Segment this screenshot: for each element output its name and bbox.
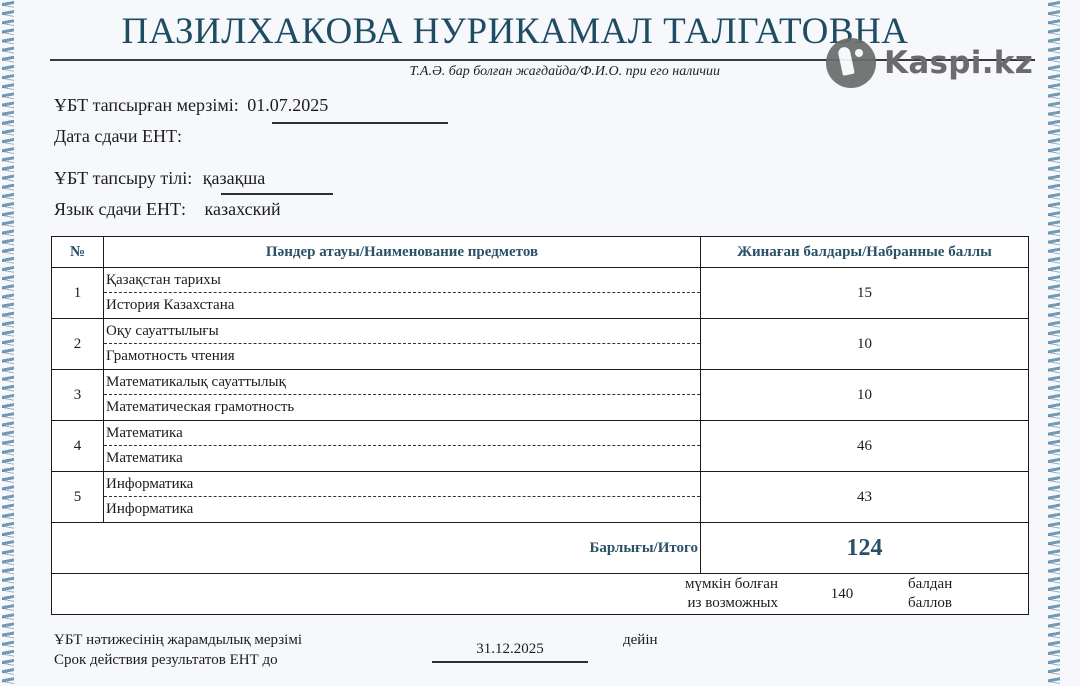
- max-score-value: 140: [778, 586, 906, 603]
- subject-name-kz: Математика: [104, 421, 700, 446]
- decorative-border-left: [2, 0, 14, 686]
- subject-name: Оқу сауаттылығы Грамотность чтения: [104, 319, 701, 370]
- row-number: 1: [52, 268, 104, 319]
- subject-name-kz: Информатика: [104, 472, 700, 497]
- decorative-border-right: [1048, 0, 1060, 686]
- subject-name: Математика Математика: [104, 421, 701, 472]
- row-number: 5: [52, 472, 104, 523]
- validity-date-underline: [432, 661, 588, 663]
- exam-date-label-kz: ҰБТ тапсырған мерзімі:: [54, 95, 239, 115]
- subject-name-ru: Информатика: [104, 497, 700, 522]
- subject-name: Математикалық сауаттылық Математическая …: [104, 370, 701, 421]
- kaspi-logo-icon: [826, 38, 876, 88]
- table-row: 2 Оқу сауаттылығы Грамотность чтения 10: [52, 319, 1029, 370]
- max-label-kz: мүмкін болған: [538, 575, 778, 594]
- subject-name-kz: Математикалық сауаттылық: [104, 370, 700, 395]
- header-subject: Пәндер атауы/Наименование предметов: [104, 237, 701, 268]
- exam-language-value-ru: казахский: [205, 199, 281, 220]
- max-label-ru: из возможных: [538, 594, 778, 613]
- table-row: 5 Информатика Информатика 43: [52, 472, 1029, 523]
- subject-score: 10: [701, 319, 1029, 370]
- kaspi-watermark-text: Kaspi.kz: [884, 45, 1033, 81]
- exam-language-label-kz: ҰБТ тапсыру тілі:: [54, 168, 192, 188]
- kaspi-watermark: Kaspi.kz: [826, 38, 1033, 88]
- row-number: 3: [52, 370, 104, 421]
- validity-label-kz: ҰБТ нәтижесінің жарамдылық мерзімі: [54, 630, 302, 650]
- subject-name: Информатика Информатика: [104, 472, 701, 523]
- subject-name-kz: Қазақстан тарихы: [104, 268, 700, 293]
- subject-score: 10: [701, 370, 1029, 421]
- exam-language-underline: [221, 193, 333, 195]
- max-unit-kz: балдан: [908, 575, 1028, 594]
- exam-language-field: ҰБТ тапсыру тілі: қазақша: [54, 168, 265, 189]
- validity-label: ҰБТ нәтижесінің жарамдылық мерзімі Срок …: [54, 630, 302, 670]
- subject-name-ru: История Казахстана: [104, 293, 700, 318]
- table-row: 3 Математикалық сауаттылық Математическа…: [52, 370, 1029, 421]
- max-score-label: мүмкін болған из возможных: [538, 575, 778, 613]
- subject-name-ru: Грамотность чтения: [104, 344, 700, 369]
- header-number: №: [52, 237, 104, 268]
- subject-score: 43: [701, 472, 1029, 523]
- exam-date-value: 01.07.2025: [247, 95, 328, 116]
- exam-date-field: ҰБТ тапсырған мерзімі: 01.07.2025: [54, 95, 328, 116]
- total-score: 124: [701, 523, 1029, 574]
- max-score-unit: балдан баллов: [906, 575, 1028, 613]
- row-number: 2: [52, 319, 104, 370]
- max-unit-ru: баллов: [908, 594, 1028, 613]
- scores-table: № Пәндер атауы/Наименование предметов Жи…: [51, 236, 1029, 615]
- total-row: Барлығы/Итого 124: [52, 523, 1029, 574]
- table-row: 1 Қазақстан тарихы История Казахстана 15: [52, 268, 1029, 319]
- subject-score: 15: [701, 268, 1029, 319]
- subject-name: Қазақстан тарихы История Казахстана: [104, 268, 701, 319]
- validity-suffix: дейін: [623, 630, 658, 650]
- exam-language-field-ru: Язык сдачи ЕНТ: казахский: [54, 199, 281, 220]
- row-number: 4: [52, 421, 104, 472]
- exam-date-underline: [272, 122, 448, 124]
- subject-name-ru: Математика: [104, 446, 700, 471]
- table-row: 4 Математика Математика 46: [52, 421, 1029, 472]
- exam-language-label-ru: Язык сдачи ЕНТ:: [54, 199, 186, 219]
- subject-score: 46: [701, 421, 1029, 472]
- validity-label-ru: Срок действия результатов ЕНТ до: [54, 650, 302, 670]
- exam-date-label-ru: Дата сдачи ЕНТ:: [54, 126, 182, 147]
- total-label: Барлығы/Итого: [52, 523, 701, 574]
- subject-name-kz: Оқу сауаттылығы: [104, 319, 700, 344]
- table-header-row: № Пәндер атауы/Наименование предметов Жи…: [52, 237, 1029, 268]
- max-score-row: мүмкін болған из возможных 140 балдан ба…: [52, 574, 1029, 615]
- validity-date: 31.12.2025: [432, 639, 588, 659]
- subject-name-ru: Математическая грамотность: [104, 395, 700, 420]
- exam-language-value-kz: қазақша: [203, 168, 265, 189]
- header-score: Жинаған балдары/Набранные баллы: [701, 237, 1029, 268]
